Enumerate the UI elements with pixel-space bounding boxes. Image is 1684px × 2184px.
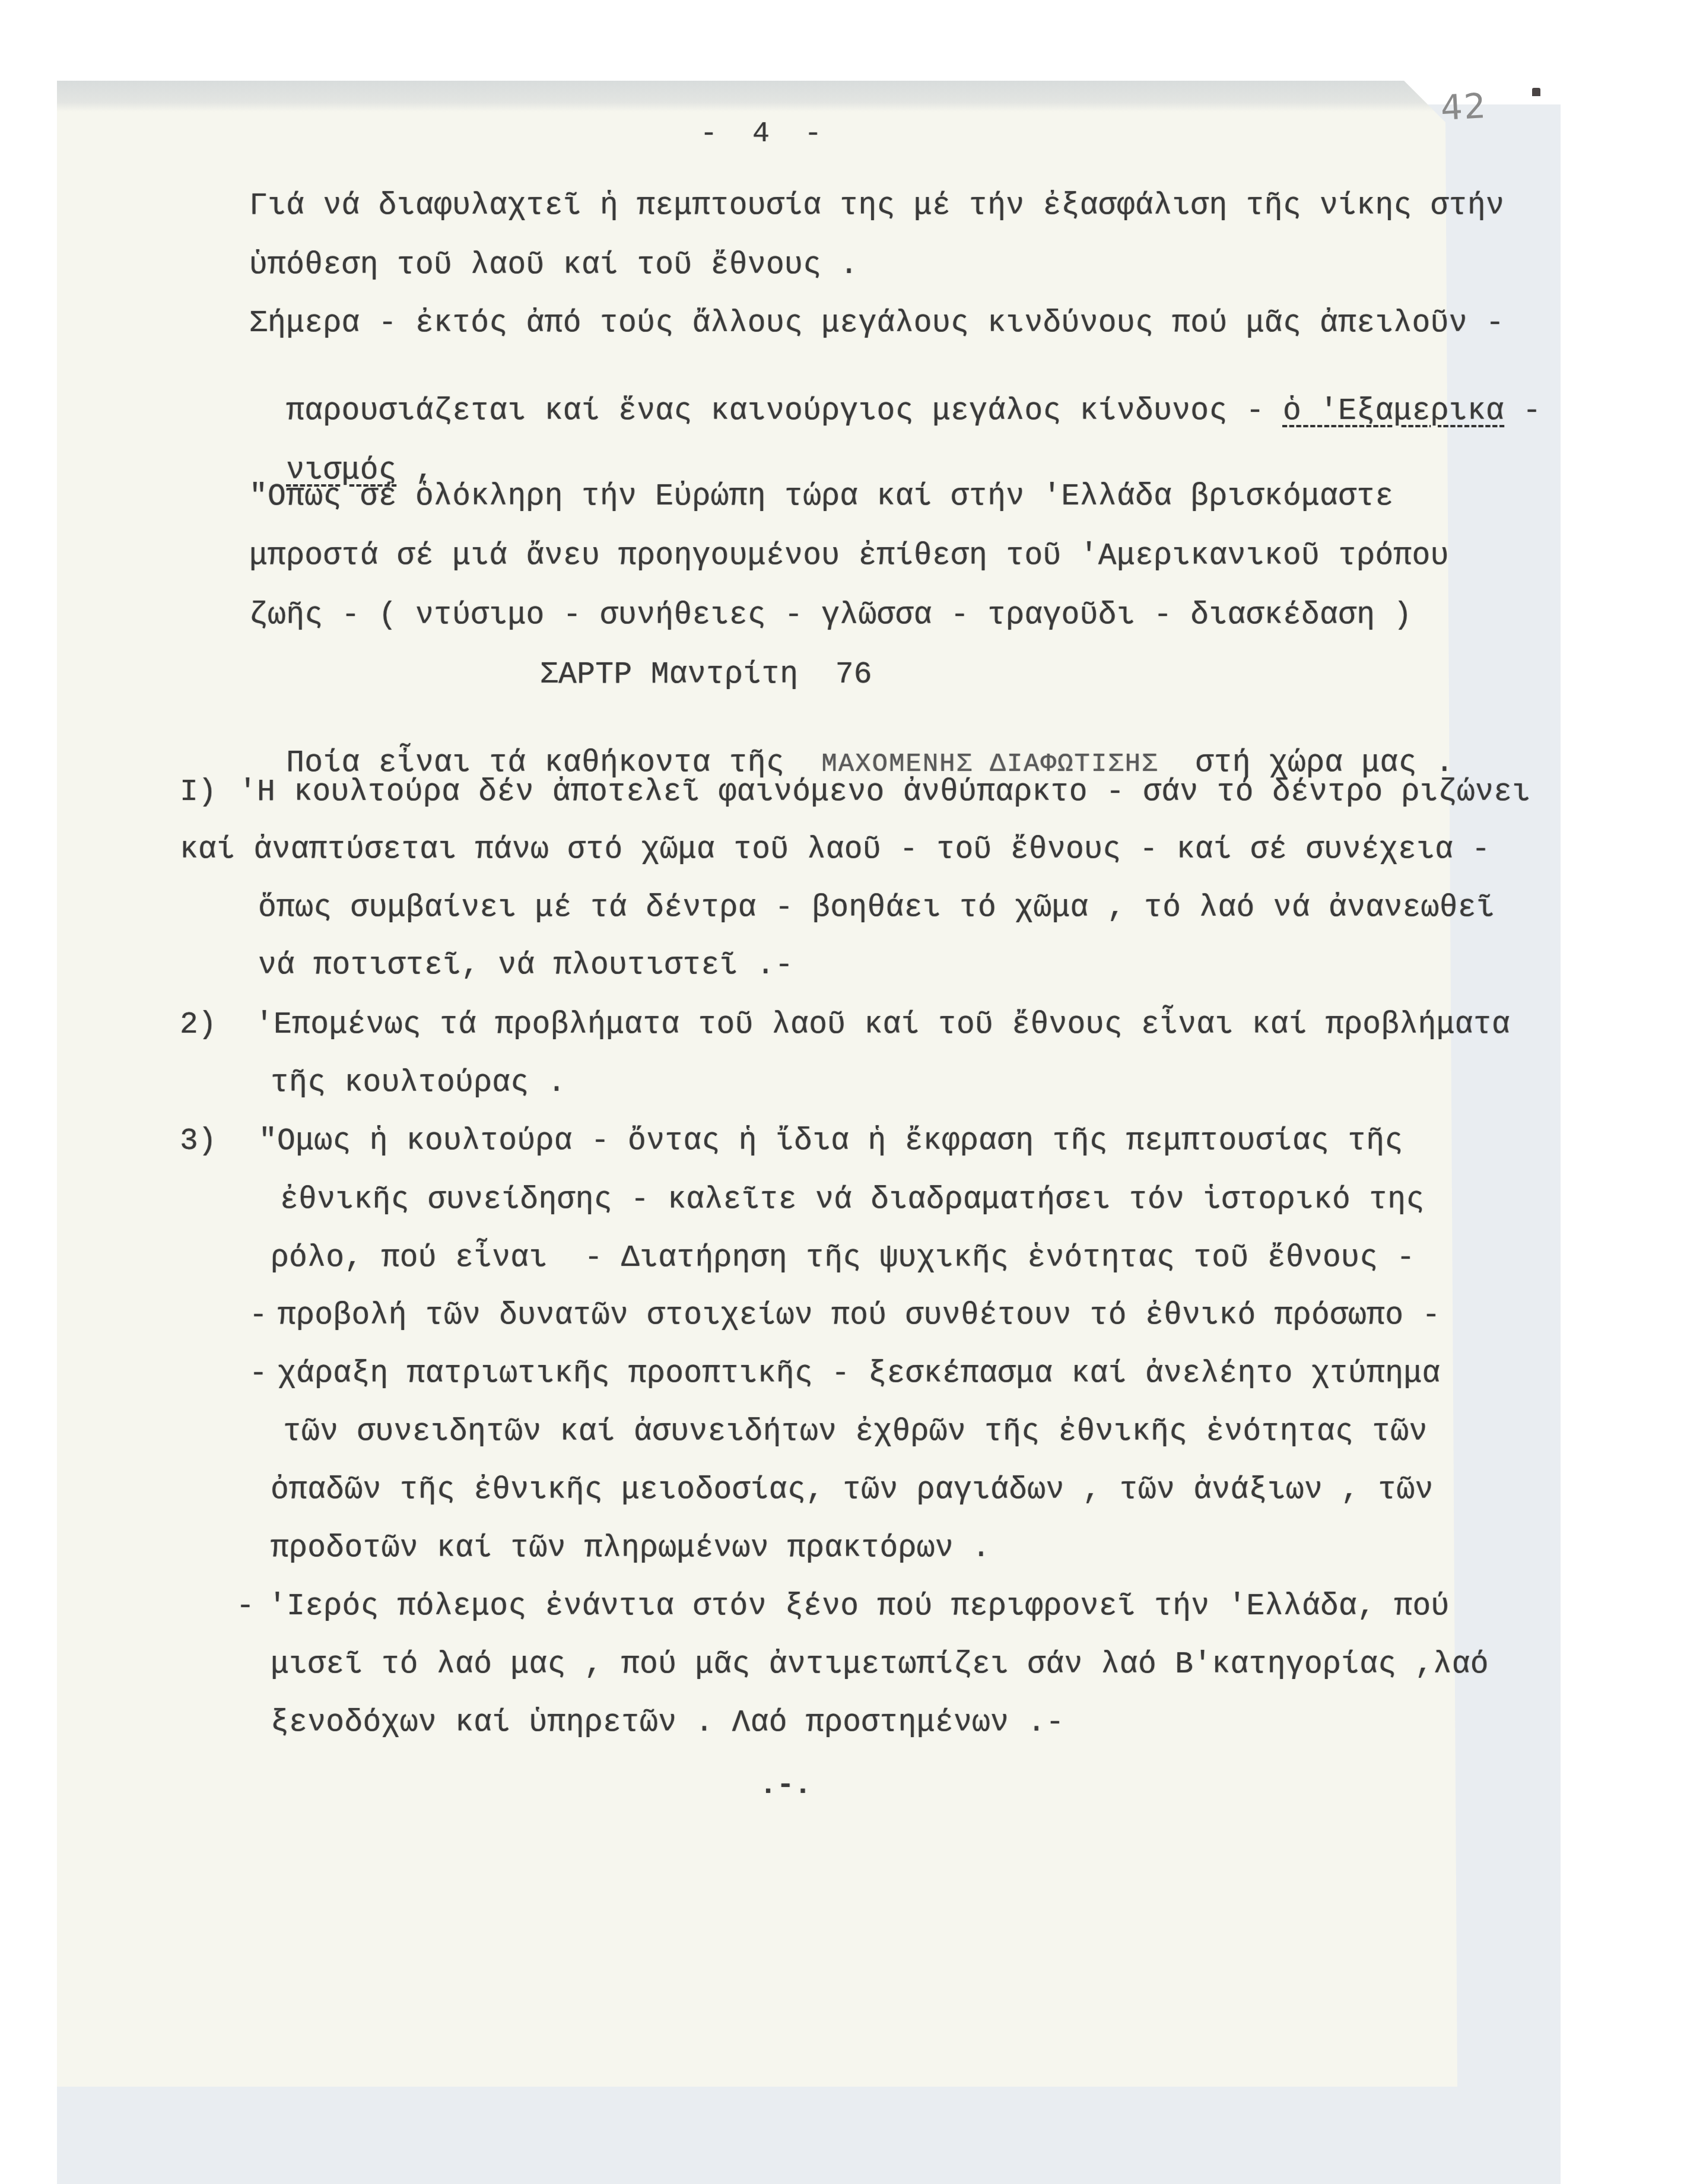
text-segment: -: [1504, 395, 1541, 428]
text-line: 'Επομένως τά προβλήματα τοῦ λαοῦ καί τοῦ…: [255, 1010, 1510, 1040]
text-line: "Οπως σέ ὁλόκληρη τήν Εὐρώπη τώρα καί στ…: [249, 482, 1394, 512]
archive-page-number: 42: [1440, 85, 1488, 128]
text-line: 'Η κουλτούρα δέν ἀποτελεῖ φαινόμενο ἀνθύ…: [239, 777, 1530, 808]
text-line: "Ομως ἡ κουλτούρα - ὄντας ἡ ἴδια ἡ ἔκφρα…: [259, 1126, 1403, 1157]
text-line: Σήμερα - ἐκτός ἀπό τούς ἄλλους μεγάλους …: [249, 309, 1504, 339]
text-line: μπροστά σέ μιά ἄνευ προηγουμένου ἐπίθεση…: [249, 541, 1449, 572]
list-marker: 2): [180, 1010, 217, 1040]
text-line: Γιά νά διαφυλαχτεῖ ἡ πεμπτουσία της μέ τ…: [249, 191, 1504, 221]
text-line: ὀπαδῶν τῆς ἐθνικῆς μειοδοσίας, τῶν ραγιά…: [271, 1475, 1434, 1506]
text-line: 'Ιερός πόλεμος ἐνάντια στόν ξένο πού περ…: [268, 1592, 1450, 1622]
scan-edge-mark: [1532, 88, 1540, 96]
page-number: - 4 -: [700, 120, 822, 148]
text-line: ρόλο, πού εἶναι - Διατήρηση τῆς ψυχικῆς …: [271, 1243, 1415, 1274]
text-line: τῆς κουλτούρας .: [271, 1068, 566, 1099]
end-mark: .-.: [760, 1772, 812, 1800]
text-line: προβολή τῶν δυνατῶν στοιχείων πού συνθέτ…: [278, 1301, 1441, 1331]
text-line: παρουσιάζεται καί ἕνας καινούργιος μεγάλ…: [249, 366, 1541, 427]
text-line: χάραξη πατριωτικῆς προοπτικῆς - ξεσκέπασ…: [278, 1359, 1441, 1389]
text-line: προδοτῶν καί τῶν πληρωμένων πρακτόρων .: [271, 1534, 990, 1564]
citation-line: ΣΑΡΤΡ Μαντρίτη 76: [540, 660, 872, 690]
underlined-term: ὁ 'Εξαμερικα: [1283, 395, 1504, 428]
text-line: ὑπόθεση τοῦ λαοῦ καί τοῦ ἔθνους .: [249, 250, 858, 281]
emphasized-title: ΜΑΧΟΜΕΝΗΣ ΔΙΑΦΩΤΙΣΗΣ: [821, 750, 1158, 779]
text-segment: παρουσιάζεται καί ἕνας καινούργιος μεγάλ…: [286, 395, 1283, 428]
text-line: ξενοδόχων καί ὑπηρετῶν . Λαό προστημένων…: [271, 1708, 1065, 1738]
text-line: ζωῆς - ( ντύσιμο - συνήθειες - γλῶσσα - …: [249, 601, 1412, 631]
list-marker: 3): [180, 1126, 217, 1157]
text-line: ἐθνικῆς συνείδησης - καλεῖτε νά διαδραμα…: [280, 1185, 1425, 1215]
list-marker: I): [180, 777, 217, 808]
text-line: τῶν συνειδητῶν καί ἀσυνειδήτων ἐχθρῶν τῆ…: [283, 1417, 1428, 1447]
dash-marker: -: [236, 1592, 255, 1622]
dash-marker: -: [249, 1301, 268, 1331]
text-line: ὅπως συμβαίνει μέ τά δέντρα - βοηθάει τό…: [258, 893, 1495, 923]
question-line: Ποία εἶναι τά καθήκοντα τῆς ΜΑΧΟΜΕΝΗΣ ΔΙ…: [249, 718, 1454, 779]
text-line: μισεῖ τό λαό μας , πού μᾶς ἀντιμετωπίζει…: [271, 1650, 1489, 1680]
text-line: νά ποτιστεῖ, νά πλουτιστεῖ .-: [258, 951, 793, 981]
text-line: νισμός ,: [249, 426, 434, 486]
text-line: καί ἀναπτύσεται πάνω στό χῶμα τοῦ λαοῦ -…: [180, 835, 1490, 865]
dash-marker: -: [249, 1359, 268, 1389]
